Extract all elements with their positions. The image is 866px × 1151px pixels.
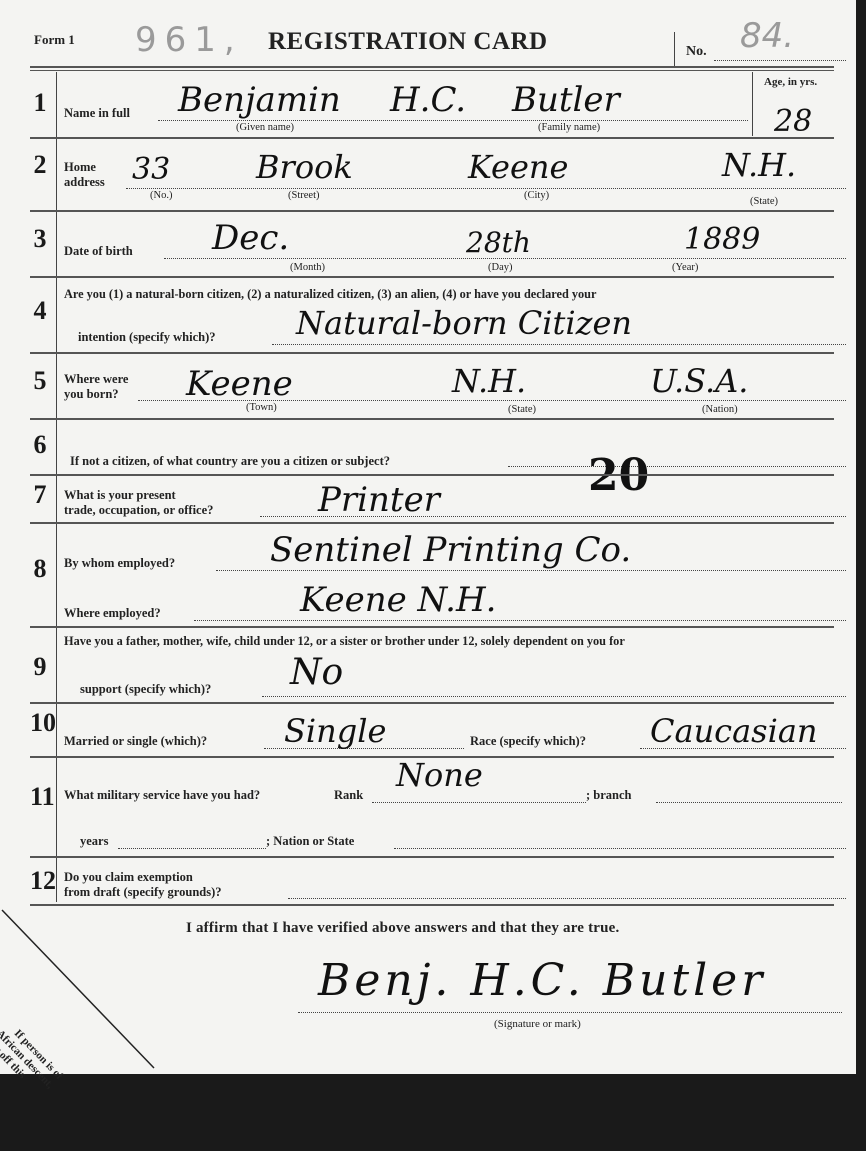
registration-card: Form 1 961, REGISTRATION CARD No. 84. 1 … (0, 0, 862, 1082)
header-rule (30, 66, 834, 68)
address-street-value: Brook (256, 148, 353, 186)
nation-state-label: ; Nation or State (266, 834, 354, 849)
row-number-10: 10 (30, 708, 50, 738)
row-3-rule (30, 276, 834, 278)
dependents-question-2: support (specify which)? (80, 682, 211, 697)
card-title: REGISTRATION CARD (268, 28, 548, 56)
birthplace-label-1: Where were (64, 372, 128, 387)
employment-place-line (194, 620, 846, 621)
dob-month-caption: (Month) (290, 262, 325, 273)
race-label: Race (specify which)? (470, 734, 586, 749)
address-number-value: 33 (132, 152, 170, 187)
occupation-label-2: trade, occupation, or office? (64, 503, 213, 518)
dob-year-value: 1889 (684, 222, 760, 257)
marital-status-label: Married or single (which)? (64, 734, 207, 749)
citizenship-value: Natural-born Citizen (296, 304, 632, 342)
number-label: No. (686, 44, 707, 60)
dob-month-value: Dec. (212, 218, 289, 258)
foreign-citizen-line (508, 466, 846, 467)
row-2-rule (30, 210, 834, 212)
rank-line (372, 802, 586, 803)
years-label: years (80, 834, 108, 849)
form-label: Form 1 (34, 32, 75, 48)
name-middle-value: H.C. (390, 80, 466, 120)
citizenship-question-2: intention (specify which)? (78, 330, 216, 345)
branch-line (656, 802, 842, 803)
signature-caption: (Signature or mark) (494, 1018, 581, 1030)
age-label: Age, in yrs. (764, 76, 817, 88)
occupation-value: Printer (318, 480, 440, 520)
birthplace-town-caption: (Town) (246, 402, 277, 413)
age-divider (752, 72, 753, 136)
card-number: 84. (740, 16, 794, 56)
family-name-caption: (Family name) (538, 122, 600, 133)
years-line (118, 848, 266, 849)
name-line (158, 120, 748, 121)
employer-line (216, 570, 846, 571)
address-street-caption: (Street) (288, 190, 320, 201)
address-line (126, 188, 846, 189)
age-value: 28 (774, 104, 812, 139)
row-number-7: 7 (30, 480, 50, 510)
address-city-caption: (City) (524, 190, 549, 201)
exemption-label-2: from draft (specify grounds)? (64, 885, 222, 900)
signature-line (298, 1012, 842, 1013)
signature: Benj. H.C. Butler (318, 955, 766, 1006)
row-number-3: 3 (30, 224, 50, 254)
address-no-caption: (No.) (150, 190, 172, 201)
employment-place-value: Keene N.H. (300, 580, 496, 620)
row-11-rule (30, 856, 834, 858)
name-given-value: Benjamin (178, 80, 341, 120)
birthplace-town-value: Keene (186, 364, 293, 404)
row-number-9: 9 (30, 652, 50, 682)
nation-state-line (394, 848, 846, 849)
employer-label: By whom employed? (64, 556, 175, 571)
row-9-rule (30, 702, 834, 704)
number-line (714, 60, 846, 61)
name-label: Name in full (64, 106, 130, 121)
birthplace-state-caption: (State) (508, 404, 536, 415)
dependents-line (262, 696, 846, 697)
rank-label: Rank (334, 788, 363, 803)
foreign-citizen-question: If not a citizen, of what country are yo… (70, 454, 390, 469)
dob-day-caption: (Day) (488, 262, 513, 273)
row-8-rule (30, 626, 834, 628)
occupation-label-1: What is your present (64, 488, 176, 503)
exemption-line (288, 898, 846, 899)
birthplace-state-value: N.H. (452, 362, 526, 400)
dob-label: Date of birth (64, 244, 133, 259)
citizenship-question: Are you (1) a natural-born citizen, (2) … (64, 287, 596, 302)
dob-year-caption: (Year) (672, 262, 698, 273)
row-number-12: 12 (30, 866, 50, 896)
row-5-rule (30, 418, 834, 420)
race-value: Caucasian (650, 712, 818, 750)
birthplace-nation-value: U.S.A. (650, 362, 748, 400)
branch-label: ; branch (586, 788, 632, 803)
military-service-label: What military service have you had? (64, 788, 260, 803)
rank-value: None (396, 756, 483, 794)
address-state-value: N.H. (722, 146, 796, 184)
row-number-1: 1 (30, 88, 50, 118)
header-rule-2 (30, 70, 834, 71)
dob-day-value: 28th (466, 226, 531, 259)
header-divider (674, 32, 675, 66)
dependents-value: No (290, 652, 343, 693)
citizenship-line (272, 344, 846, 345)
row-number-2: 2 (30, 150, 50, 180)
row-6-rule (30, 474, 834, 476)
row-number-5: 5 (30, 366, 50, 396)
home-address-label-1: Home (64, 160, 96, 175)
row-number-4: 4 (30, 296, 50, 326)
home-address-label-2: address (64, 175, 105, 190)
employer-value: Sentinel Printing Co. (270, 530, 631, 570)
birthplace-label-2: you born? (64, 387, 119, 402)
birthplace-nation-caption: (Nation) (702, 404, 738, 415)
row-number-11: 11 (30, 782, 50, 812)
dependents-question: Have you a father, mother, wife, child u… (64, 634, 625, 649)
marital-status-value: Single (284, 712, 386, 750)
pencil-serial-number: 961, (135, 20, 243, 60)
exemption-label-1: Do you claim exemption (64, 870, 193, 885)
row-4-rule (30, 352, 834, 354)
row-number-6: 6 (30, 430, 50, 460)
name-family-value: Butler (512, 80, 620, 120)
given-name-caption: (Given name) (236, 122, 294, 133)
left-margin-rule (56, 72, 57, 902)
address-state-caption: (State) (750, 196, 778, 207)
affirmation-text: I affirm that I have verified above answ… (186, 920, 620, 937)
address-city-value: Keene (468, 148, 568, 186)
row-7-rule (30, 522, 834, 524)
employment-place-label: Where employed? (64, 606, 161, 621)
row-1-rule (30, 137, 834, 139)
row-number-8: 8 (30, 554, 50, 584)
